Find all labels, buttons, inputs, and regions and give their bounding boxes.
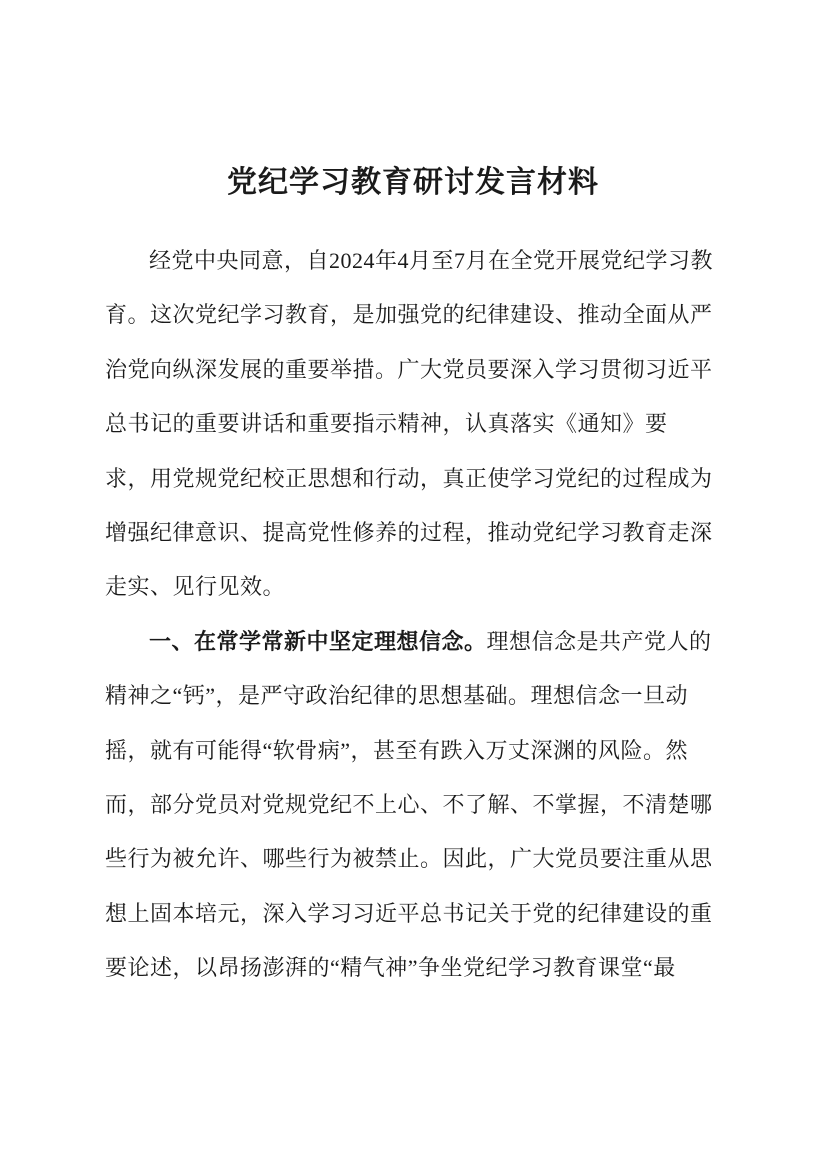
- text-line: 些行为被允许、哪些行为被禁止。因此，广大党员要注重从思: [105, 832, 721, 886]
- text-segment: 求，用党规党纪校正思想和行动，真正使学习党纪的过程成为: [105, 466, 713, 491]
- text-segment: 摇，就有可能得“软骨病”，甚至有跌入万丈深渊的风险。然: [105, 738, 688, 763]
- text-line: 求，用党规党纪校正思想和行动，真正使学习党纪的过程成为: [105, 452, 721, 506]
- text-line: 治党向纵深发展的重要举措。广大党员要深入学习贯彻习近平: [105, 343, 721, 397]
- text-line: 精神之“钙”，是严守政治纪律的思想基础。理想信念一旦动: [105, 669, 721, 723]
- text-segment: 理想信念是共产党人的: [487, 629, 712, 654]
- document-title: 党纪学习教育研讨发言材料: [0, 163, 826, 203]
- text-segment: 育。这次党纪学习教育，是加强党的纪律建设、推动全面从严: [105, 302, 713, 327]
- text-line: 增强纪律意识、提高党性修养的过程，推动党纪学习教育走深: [105, 506, 721, 560]
- text-line: 而，部分党员对党规党纪不上心、不了解、不掌握，不清楚哪: [105, 778, 721, 832]
- text-line: 摇，就有可能得“软骨病”，甚至有跌入万丈深渊的风险。然: [105, 724, 721, 778]
- document-body: 经党中央同意，自2024年4月至7月在全党开展党纪学习教育。这次党纪学习教育，是…: [105, 234, 721, 995]
- text-segment: 总书记的重要讲话和重要指示精神，认真落实《通知》要: [105, 411, 668, 436]
- text-segment: 治党向纵深发展的重要举措。广大党员要深入学习贯彻习近平: [105, 357, 713, 382]
- text-line: 想上固本培元，深入学习习近平总书记关于党的纪律建设的重: [105, 887, 721, 941]
- section-heading: 一、在常学常新中坚定理想信念。: [149, 629, 487, 654]
- text-segment: 精神之“钙”，是严守政治纪律的思想基础。理想信念一旦动: [105, 683, 688, 708]
- text-line: 一、在常学常新中坚定理想信念。理想信念是共产党人的: [105, 615, 721, 669]
- text-segment: 要论述，以昂扬澎湃的“精气神”争坐党纪学习教育课堂“最: [105, 955, 676, 980]
- text-segment: 走实、见行见效。: [105, 574, 285, 599]
- text-line: 经党中央同意，自2024年4月至7月在全党开展党纪学习教: [105, 234, 721, 288]
- text-line: 要论述，以昂扬澎湃的“精气神”争坐党纪学习教育课堂“最: [105, 941, 721, 995]
- text-line: 育。这次党纪学习教育，是加强党的纪律建设、推动全面从严: [105, 288, 721, 342]
- text-line: 总书记的重要讲话和重要指示精神，认真落实《通知》要: [105, 397, 721, 451]
- text-segment: 而，部分党员对党规党纪不上心、不了解、不掌握，不清楚哪: [105, 792, 713, 817]
- text-line: 走实、见行见效。: [105, 560, 721, 614]
- text-segment: 增强纪律意识、提高党性修养的过程，推动党纪学习教育走深: [105, 520, 713, 545]
- document-page: 党纪学习教育研讨发言材料 经党中央同意，自2024年4月至7月在全党开展党纪学习…: [0, 0, 826, 1169]
- text-segment: 些行为被允许、哪些行为被禁止。因此，广大党员要注重从思: [105, 846, 713, 871]
- text-segment: 经党中央同意，自2024年4月至7月在全党开展党纪学习教: [149, 248, 713, 273]
- text-segment: 想上固本培元，深入学习习近平总书记关于党的纪律建设的重: [105, 901, 713, 926]
